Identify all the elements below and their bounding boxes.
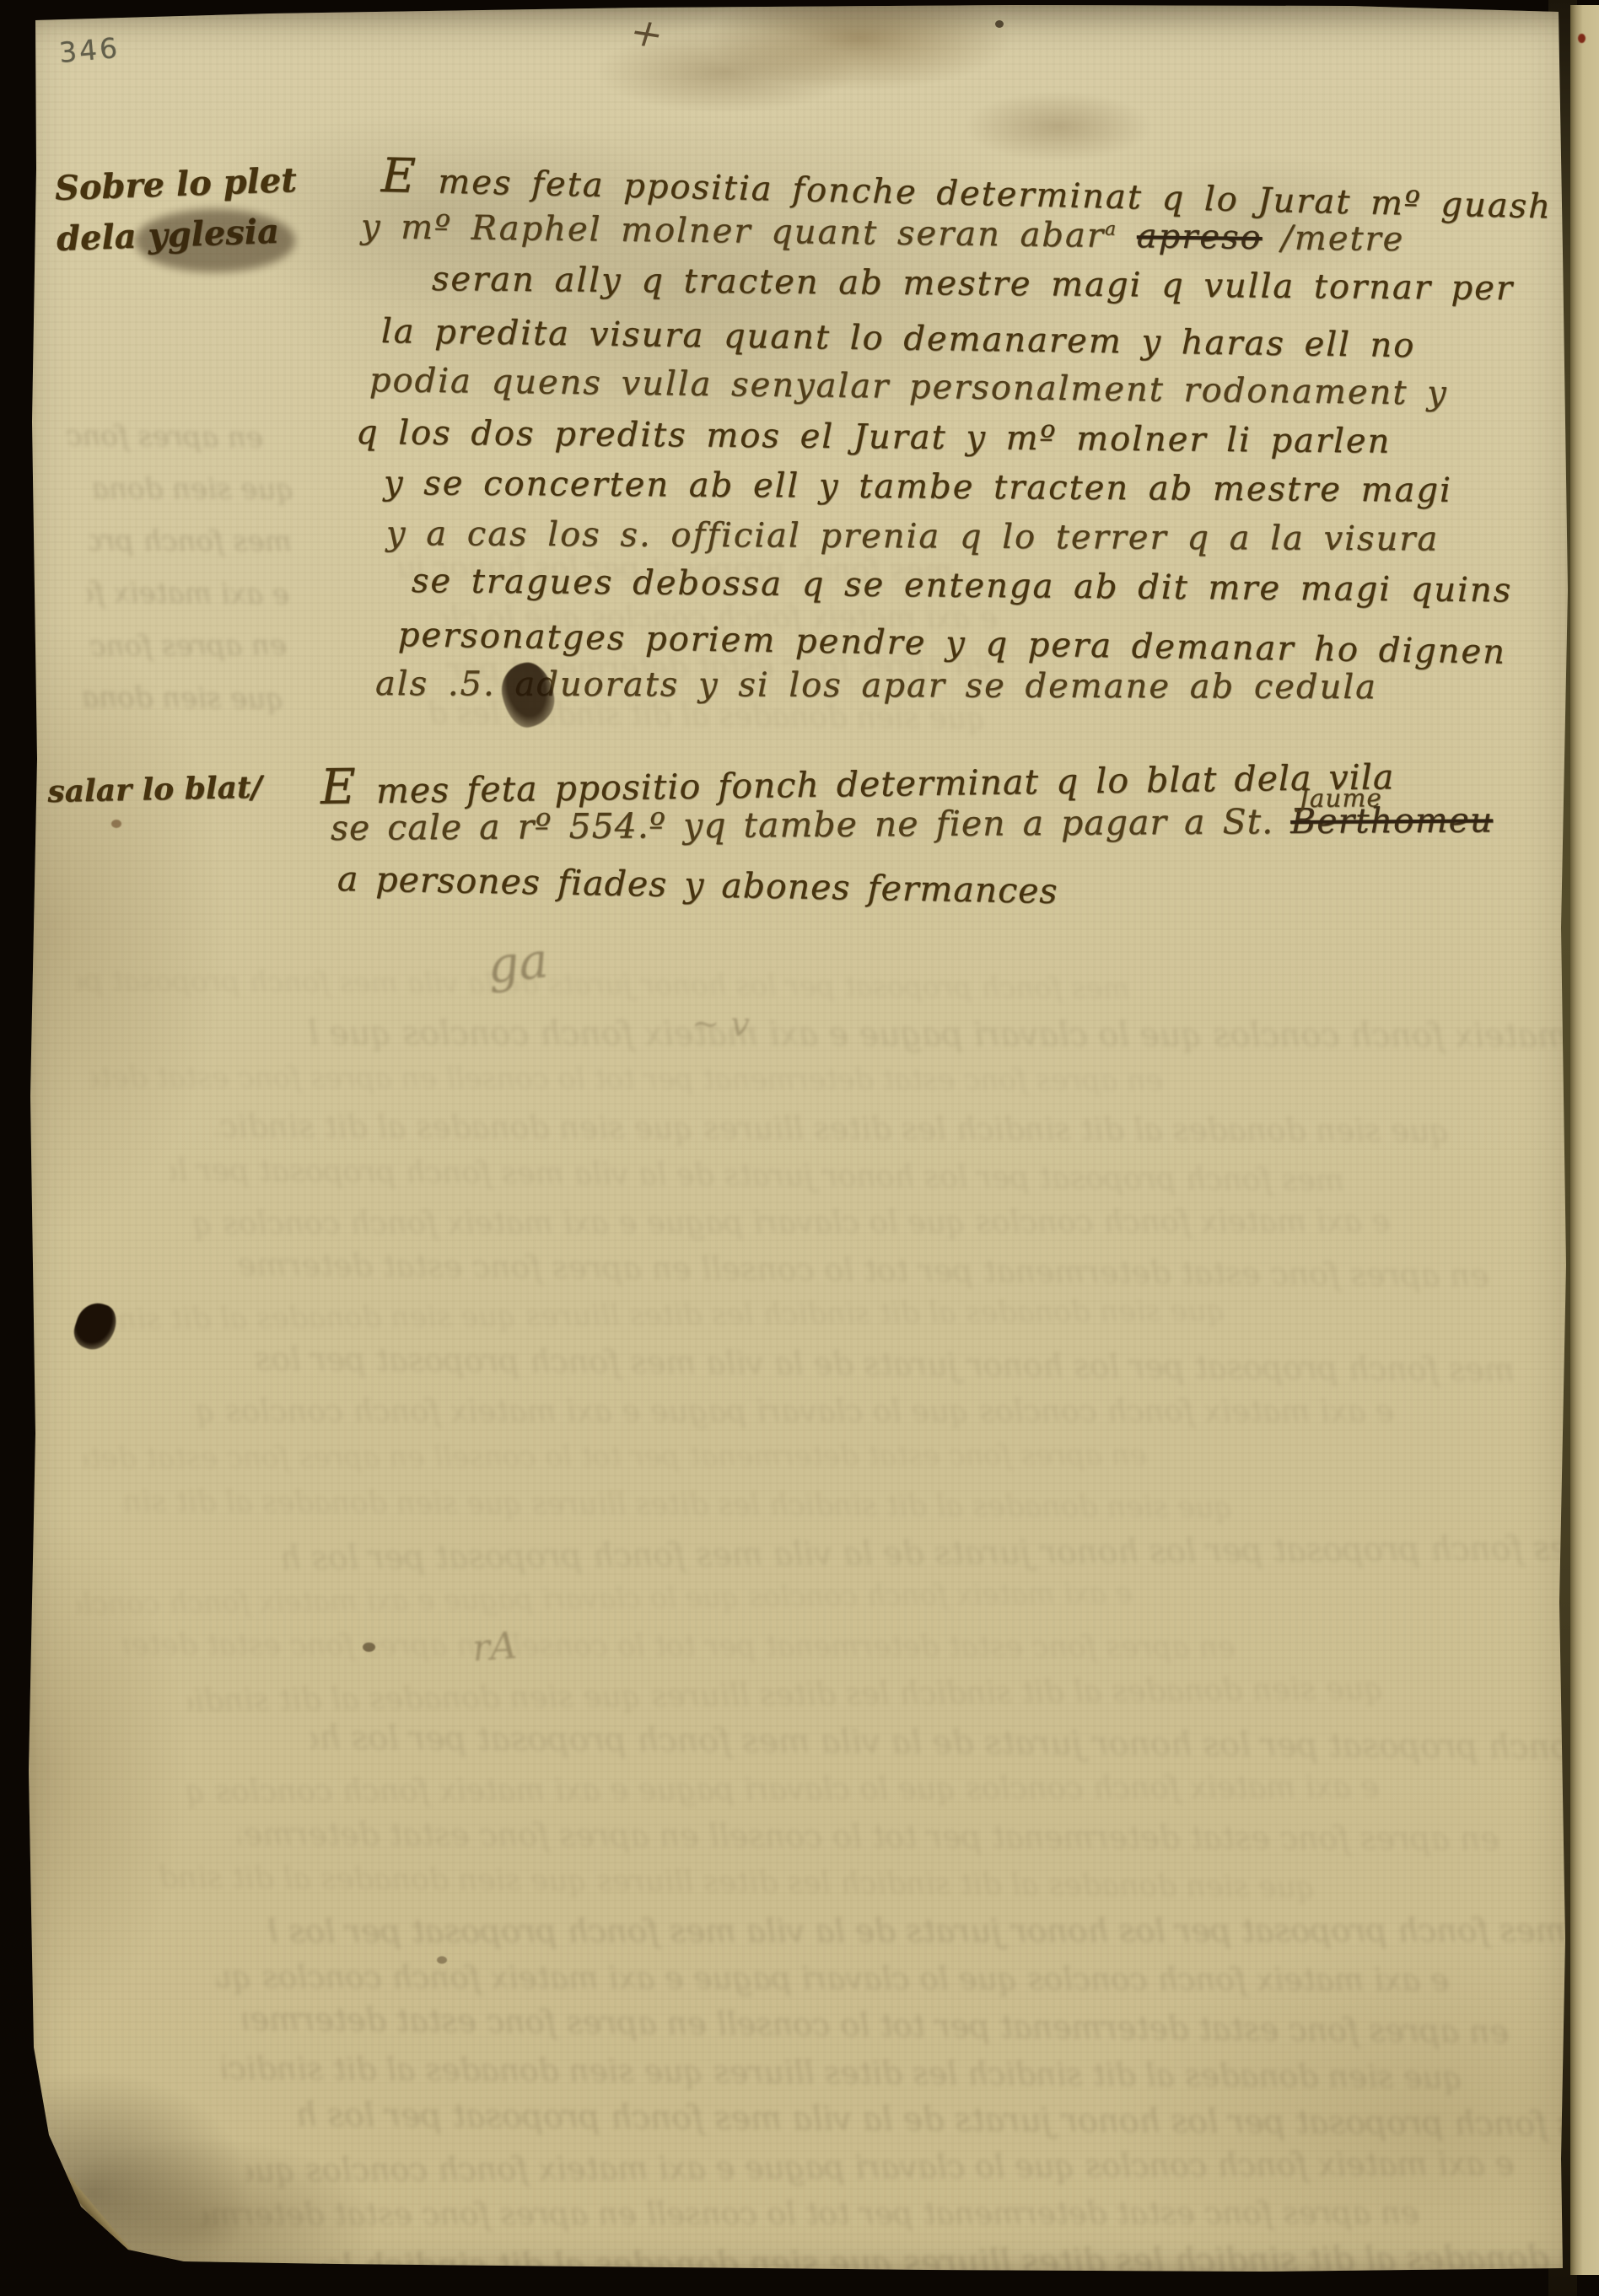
bleedthrough-row: en apres fonc estat determenat per tot l… <box>84 628 287 663</box>
bleedthrough-row: en apres fonc estat determenat per tot l… <box>90 1061 1163 1098</box>
bleedthrough-row: mes fonch proposat per los honor jurats … <box>89 524 292 559</box>
faint-scribble: ga <box>485 931 551 994</box>
bleedthrough-row: que sien donades al dit sindich les dite… <box>329 2238 1599 2287</box>
bleedthrough-row: que sien donades al dit sindich les dite… <box>121 1485 1233 1525</box>
manuscript-text-line: se cale a rº 554.º yq tambe ne fien a pa… <box>331 799 1494 848</box>
bleedthrough-row: e axi mateix fonch conclos que lo clavar… <box>309 1014 1599 1056</box>
ink-smudge <box>135 209 295 272</box>
manuscript-text-line: y a cas los s. official prenia q lo terr… <box>386 514 1440 559</box>
bleedthrough-row: e axi mateix fonch conclos que lo clavar… <box>87 576 289 611</box>
margin-note-wheat: salar lo blat/ <box>47 766 262 813</box>
bleedthrough-row: en apres fonc estat determenat per tot l… <box>234 1245 1489 1293</box>
faint-scribble: ~ v <box>691 1004 750 1045</box>
margin-note-line: Sobre lo plet <box>54 155 298 214</box>
manuscript-text-line: seran ally q tracten ab mestre magi q vu… <box>432 260 1514 308</box>
manuscript-text-line: y se concerten ab ell y tambe tracten ab… <box>384 464 1452 510</box>
ink-blot <box>69 1298 121 1354</box>
manuscript-text-line: podia quens vulla senyalar personalment … <box>369 361 1448 413</box>
red-wax-speck <box>1578 34 1586 43</box>
bleedthrough-row: que sien donades al dit sindich les dite… <box>187 1670 1383 1718</box>
manuscript-text-line: a persones fiades y abones fermances <box>337 858 1058 911</box>
manuscript-text-line: la predita visura quant lo demanarem y h… <box>381 312 1416 365</box>
bleedthrough-row: mes fonch proposat per los honor jurats … <box>310 1718 1599 1767</box>
manuscript-photo: 346 + Sobre lo pletdela yglesia salar lo… <box>0 0 1599 2296</box>
ink-speck <box>363 1643 375 1652</box>
bleedthrough-row: que sien donades al dit sindich les dite… <box>158 1860 1316 1905</box>
bleedthrough-row: e axi mateix fonch conclos que lo clavar… <box>192 1393 1394 1429</box>
next-page-edge <box>1570 5 1599 2275</box>
struck-out-word: apreso <box>1137 217 1263 257</box>
manuscript-text-line: q los dos predits mos el Jurat y mº moln… <box>356 413 1392 461</box>
bleedthrough-row: e axi mateix fonch conclos que lo clavar… <box>77 1576 1133 1621</box>
bleedthrough-row: mes fonch proposat per los honor jurats … <box>245 1340 1515 1388</box>
bleedthrough-row: mes fonch proposat per los honor jurats … <box>76 964 1130 1006</box>
bleedthrough-row: en apres fonc estat determenat per tot l… <box>61 419 263 455</box>
torn-corner-edge <box>75 2212 146 2288</box>
manuscript-page: 346 + Sobre lo pletdela yglesia salar lo… <box>0 0 1599 2296</box>
bleedthrough-row: en apres fonc estat determenat per tot l… <box>239 1815 1499 1858</box>
cross-mark-icon: + <box>624 8 670 57</box>
bleedthrough-row: mes fonch proposat per los honor jurats … <box>283 1530 1599 1578</box>
bleedthrough-row: en apres fonc estat determenat per tot l… <box>203 2195 1419 2233</box>
margin-note-line: salar lo blat/ <box>47 766 262 813</box>
interlinear-correction: Jaume <box>1299 783 1382 813</box>
bleedthrough-row: en apres fonc estat determenat per tot l… <box>122 1628 1236 1665</box>
manuscript-text-line: personatges poriem pendre y q pera deman… <box>398 616 1507 672</box>
bleedthrough-row: mes fonch proposat per los honor jurats … <box>170 1152 1344 1198</box>
manuscript-text-line: se tragues debossa q se entenga ab dit m… <box>412 562 1513 610</box>
torn-corner-edge <box>49 2160 137 2263</box>
bleedthrough-row: e axi mateix fonch conclos que lo clavar… <box>191 1203 1390 1241</box>
bleedthrough-row: que sien donades al dit sindich les dite… <box>82 680 284 716</box>
torn-corner-blotch <box>91 2242 143 2296</box>
bleedthrough-row: que sien donades al dit sindich les dite… <box>92 472 294 507</box>
folio-number: 346 <box>57 31 121 69</box>
ink-speck <box>437 1956 447 1964</box>
bleedthrough-row: e axi mateix fonch conclos que lo clavar… <box>217 1958 1449 1998</box>
bleedthrough-row: que sien donades al dit sindich les dite… <box>217 1107 1450 1148</box>
ink-speck <box>995 20 1004 28</box>
bleedthrough-row: en apres fonc estat determenat per tot l… <box>83 1438 1146 1476</box>
ink-speck <box>111 820 121 828</box>
bleedthrough-row: mes fonch proposat per los honor jurats … <box>294 2096 1599 2144</box>
faint-scribble: rA <box>471 1624 518 1670</box>
bleedthrough-row: que sien donades al dit sindich les dite… <box>223 2050 1463 2096</box>
bleedthrough-row: e axi mateix fonch conclos que lo clavar… <box>245 2145 1515 2189</box>
bleedthrough-row: en apres fonc estat determenat per tot l… <box>243 2000 1509 2050</box>
bleedthrough-row: mes fonch proposat per los honor jurats … <box>268 1912 1566 1950</box>
bleedthrough-row: e axi mateix fonch conclos que lo clavar… <box>186 1768 1379 1809</box>
bleedthrough-row: que sien donades al dit sindich les dite… <box>118 1294 1225 1336</box>
